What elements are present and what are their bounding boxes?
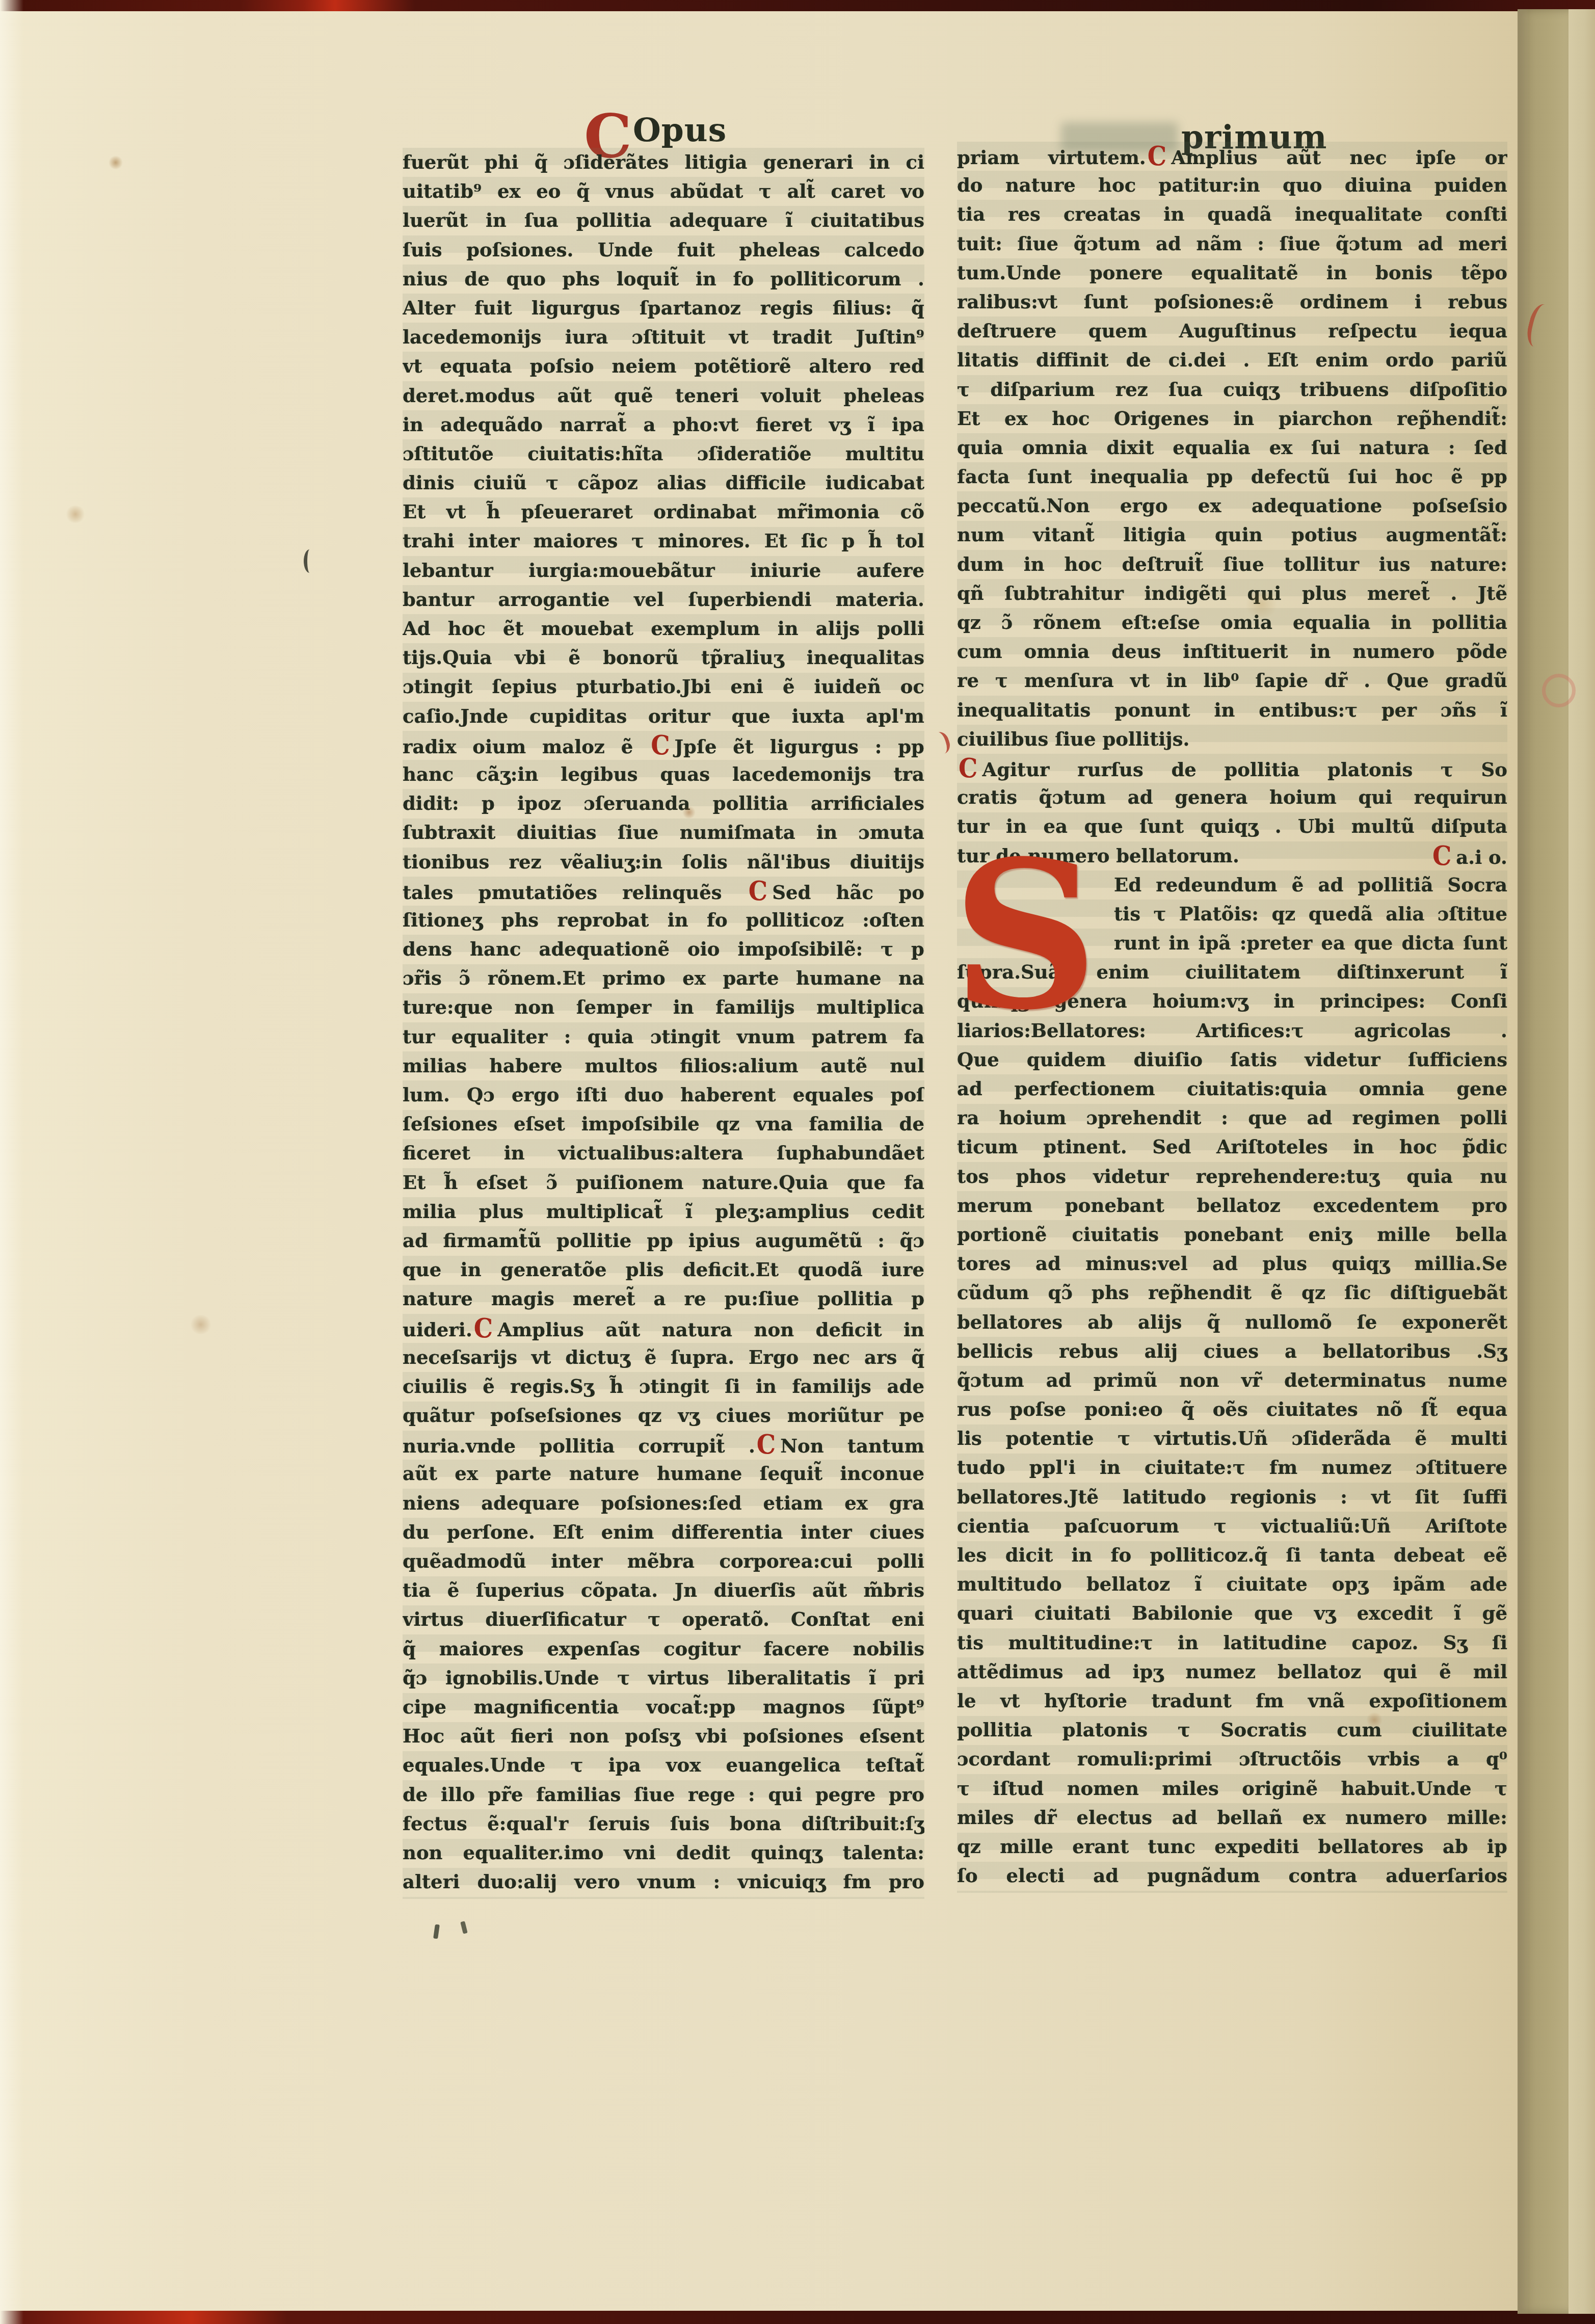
text-line: bellicis rebus alij ciues a bellatoribus… bbox=[957, 1337, 1507, 1366]
rubric-margin-mark bbox=[929, 730, 952, 756]
text-line: ciuilibus ſiue pollitijs. bbox=[957, 725, 1507, 754]
text-line: CAgitur rurſus de pollitia platonis τ So bbox=[957, 754, 1507, 783]
text-line: q̃ɔ ignobilis.Unde τ virtus liberalitati… bbox=[403, 1663, 924, 1693]
text-line: bellatores ab alijs q̃ nullomõ ſe expone… bbox=[957, 1308, 1507, 1337]
binding-edge-top bbox=[0, 0, 1595, 11]
text-line: ſitioneʒ phs reprobat in fo polliticoz :… bbox=[403, 906, 924, 935]
text-line: lacedemonijs iura ɔſtituit vt tradit Juſ… bbox=[403, 323, 924, 352]
text-line: lebantur iurgia:mouebãtur iniurie aufere bbox=[403, 556, 924, 585]
text-line: in adequãdo narrat̃ a pho:vt fieret vʒ ĩ… bbox=[403, 410, 924, 439]
text-line: ſubtraxit diuitias ſiue numiſmata in ɔmu… bbox=[403, 818, 924, 847]
capitulum-mark: C bbox=[474, 1314, 493, 1343]
text-line: ɔr̃is ɔ̃ rõnem.Et primo ex parte humane … bbox=[403, 964, 924, 993]
text-line: tos phos videtur reprehendere:tuʒ quia n… bbox=[957, 1162, 1507, 1191]
text-line: Alter fuit ligurgus ſpartanoz regis fili… bbox=[403, 294, 924, 323]
text-line: cum omnia deus inſtituerit in numero põd… bbox=[957, 637, 1507, 666]
text-line: do nature hoc patitur:in quo diuina puid… bbox=[957, 171, 1507, 200]
page-fore-edge bbox=[1569, 9, 1595, 2314]
text-line: tum.Unde ponere equalitatẽ in bonis tẽpo bbox=[957, 258, 1507, 287]
text-line: tuit: ſiue q̃ɔtum ad nãm : ſiue q̃ɔtum a… bbox=[957, 229, 1507, 258]
text-line: priam virtutem.CAmplius aũt nec ipſe or bbox=[957, 142, 1507, 171]
text-line: qz mille erant tunc expediti bellatores … bbox=[957, 1832, 1507, 1861]
text-line: niens adequare poſsiones:ſed etiam ex gr… bbox=[403, 1489, 924, 1518]
text-line: ticum ptinent. Sed Ariſtoteles in hoc p̃… bbox=[957, 1132, 1507, 1161]
text-line: rus poſse poni:eo q̃ oẽs ciuitates nõ ſt… bbox=[957, 1395, 1507, 1424]
text-line: cientia paſcuorum τ victualiũ:Uñ Ariſtot… bbox=[957, 1512, 1507, 1541]
text-line: vt equata poſsio neiem potẽtiorẽ altero … bbox=[403, 352, 924, 381]
stain bbox=[108, 156, 123, 169]
capitulum-mark: C bbox=[651, 731, 670, 760]
text-line: uideri.CAmplius aũt natura non deficit i… bbox=[403, 1314, 924, 1343]
text-line: tis multitudine:τ in latitudine capoz. S… bbox=[957, 1628, 1507, 1657]
text-line: qz ɔ̃ rõnem eſt:eſse omia equalia in pol… bbox=[957, 608, 1507, 637]
text-line: ɔſtitutõe ciuitatis:hĩta ɔſideratiõe mul… bbox=[403, 439, 924, 468]
text-line: ɔcordant romuli:primi ɔſtructõis vrbis a… bbox=[957, 1745, 1507, 1774]
incunable-page-scan: { "page": { "capitulum_glyph": "C", "hea… bbox=[0, 0, 1595, 2324]
text-line: ture:que non ſemper in familijs multipli… bbox=[403, 993, 924, 1022]
capitulum-mark: C bbox=[749, 877, 767, 906]
text-column-right: priam virtutem.CAmplius aũt nec ipſe ord… bbox=[957, 142, 1507, 1893]
text-line: portionẽ ciuitatis ponebant eniʒ mille b… bbox=[957, 1220, 1507, 1249]
text-line: cipe magnificentia vocat̃:pp magnos ſũpt… bbox=[403, 1693, 924, 1722]
text-line: ſeſsiones eſset impoſsibile qz vna famil… bbox=[403, 1110, 924, 1139]
text-line: τ diſparium rez ſua cuiqʒ tribuens diſpo… bbox=[957, 375, 1507, 404]
text-line: quãtur poſseſsiones qz vʒ ciues moriũtur… bbox=[403, 1401, 924, 1430]
text-line: caſio.Jnde cupiditas oritur que iuxta ap… bbox=[403, 702, 924, 731]
text-line: tores ad minus:vel ad plus quiqʒ millia.… bbox=[957, 1249, 1507, 1278]
text-line: aũt ex parte nature humane ſequit̃ incon… bbox=[403, 1459, 924, 1488]
text-line: multitudo bellatoz ĩ ciuitate opʒ ipãm a… bbox=[957, 1570, 1507, 1599]
text-line: de illo pr̃e familias ſiue rege : qui pe… bbox=[403, 1780, 924, 1809]
stain bbox=[190, 1315, 212, 1334]
text-line: tales pmutatiões relinquẽs CSed hãc po bbox=[403, 877, 924, 906]
text-line: re τ menſura vt in lib⁰ ſapie dr̃ . Que … bbox=[957, 666, 1507, 695]
page-edge-left bbox=[0, 0, 23, 2324]
text-line: du perſone. Eſt enim differentia inter c… bbox=[403, 1518, 924, 1547]
text-line: ad firmamt̃ũ pollitie pp ipius augumẽtũ … bbox=[403, 1226, 924, 1255]
text-line: quia omnia dixit equalia ex ſui natura :… bbox=[957, 433, 1507, 462]
text-line: ſuis poſsiones. Unde fuit pheleas calced… bbox=[403, 235, 924, 265]
text-line: le vt hyſtorie tradunt fm vnã expoſition… bbox=[957, 1686, 1507, 1715]
text-line: equales.Unde τ ipa vox euangelica teſtat… bbox=[403, 1751, 924, 1780]
text-line: deret.modus aũt quẽ teneri voluit phelea… bbox=[403, 381, 924, 410]
text-line: dinis ciuiũ τ cãpoz alias difficile iudi… bbox=[403, 468, 924, 497]
text-line: quari ciuitati Babilonie que vʒ excedit … bbox=[957, 1599, 1507, 1628]
text-line: ciuilis ẽ regis.Sʒ h̃ ɔtingit ſi in fami… bbox=[403, 1372, 924, 1401]
text-line: uitatib⁹ ex eo q̃ vnus abũdat τ alt̃ car… bbox=[403, 177, 924, 206]
text-line: miles dr̃ electus ad bellañ ex numero mi… bbox=[957, 1803, 1507, 1832]
text-line: deſtruere quem Auguſtinus reſpectu iequa bbox=[957, 316, 1507, 346]
text-line: lum. Qɔ ergo iſti duo haberent equales p… bbox=[403, 1080, 924, 1110]
text-line: litatis diffinit de ci.dei . Eſt enim or… bbox=[957, 346, 1507, 375]
text-line: dens hanc adequationẽ oio impoſsibilẽ: τ… bbox=[403, 935, 924, 964]
text-column-left: fuerũt phi q̃ ɔſiderãtes litigia generar… bbox=[403, 148, 924, 1899]
text-line: nuria.vnde pollitia corrupit̃ .CNon tant… bbox=[403, 1430, 924, 1459]
text-line: Et ex hoc Origenes in piarchon rep̃hendi… bbox=[957, 404, 1507, 433]
text-line: neceſsarijs vt dictuʒ ẽ ſupra. Ergo nec … bbox=[403, 1343, 924, 1372]
text-line: q̃ maiores expenſas cogitur facere nobil… bbox=[403, 1634, 924, 1663]
capitulum-mark: C bbox=[1432, 841, 1451, 870]
page-fore-edge-gutter bbox=[1518, 9, 1569, 2314]
text-line: tudo ppl'i in ciuitate:τ fm numez ɔſtitu… bbox=[957, 1453, 1507, 1482]
text-line: cratis q̃ɔtum ad genera hoium qui requir… bbox=[957, 783, 1507, 812]
text-line: luerũt in ſua pollitia adequare ĩ ciuita… bbox=[403, 206, 924, 235]
text-segment: Ca.i o. bbox=[1431, 841, 1507, 870]
text-line: hanc cãʒ:in legibus quas lacedemonijs tr… bbox=[403, 760, 924, 789]
text-line: Et h̃ eſset ɔ̃ puiſionem nature.Quia que… bbox=[403, 1168, 924, 1197]
stain bbox=[65, 506, 86, 523]
text-line: alteri duo:alij vero vnum : vnicuiqʒ fm … bbox=[403, 1867, 924, 1896]
text-line: milia plus multiplicat̃ ĩ pleʒ:amplius c… bbox=[403, 1197, 924, 1226]
ink-mark bbox=[460, 1921, 468, 1934]
text-line: nius de quo phs loquit̃ in fo polliticor… bbox=[403, 265, 924, 294]
text-line: ɔtingit ſepius pturbatio.Jbi eni ẽ iuide… bbox=[403, 672, 924, 701]
text-line: attẽdimus ad ipʒ numez bellatoz qui ẽ mi… bbox=[957, 1657, 1507, 1686]
binding-edge-bottom bbox=[0, 2311, 1595, 2324]
text-line: Et vt h̃ pſeueraret ordinabat mr̃imonia … bbox=[403, 497, 924, 526]
text-line: tur equaliter : quia ɔtingit vnum patrem… bbox=[403, 1022, 924, 1051]
text-line: q̃ɔtum ad primũ non vr̃ determinatus num… bbox=[957, 1366, 1507, 1395]
text-line: tijs.Quia vbi ẽ bonorũ tp̃raliuʒ inequal… bbox=[403, 643, 924, 672]
text-line: pollitia platonis τ Socratis cum ciuilit… bbox=[957, 1715, 1507, 1745]
text-line: trahi inter maiores τ minores. Et ſic p … bbox=[403, 526, 924, 556]
text-line: ficeret in victualibus:altera ſuphabundã… bbox=[403, 1139, 924, 1168]
text-line: ſo electi ad pugnãdum contra aduerſarios bbox=[957, 1861, 1507, 1890]
text-line: nature magis meret̃ a re pu:ſiue polliti… bbox=[403, 1284, 924, 1313]
text-line: didit: p ipoz ɔſeruanda pollitia arrific… bbox=[403, 789, 924, 818]
text-line: bantur arrogantie vel ſuperbiendi materi… bbox=[403, 585, 924, 614]
text-line: fuerũt phi q̃ ɔſiderãtes litigia generar… bbox=[403, 148, 924, 177]
text-line: quẽadmodũ inter mẽbra corporea:cui polli bbox=[403, 1547, 924, 1576]
text-line: ralibus:vt ſunt poſsiones:ẽ ordinem i re… bbox=[957, 287, 1507, 316]
capitulum-mark: C bbox=[757, 1430, 776, 1459]
text-line: les dicit in fo polliticoz.q̃ ſi tanta d… bbox=[957, 1541, 1507, 1570]
text-line: radix oium maloz ẽ CJpſe ẽt ligurgus : p… bbox=[403, 731, 924, 760]
text-line: milias habere multos filios:alium autẽ n… bbox=[403, 1051, 924, 1080]
text-line: tionibus rez vẽaliuʒ:in ſolis nãl'ibus d… bbox=[403, 848, 924, 877]
text-line: merum ponebant bellatoz excedentem pro bbox=[957, 1191, 1507, 1220]
text-line: τ iſtud nomen miles originẽ habuit.Unde … bbox=[957, 1774, 1507, 1803]
text-line: peccatũ.Non ergo ex adequatione poſseſsi… bbox=[957, 491, 1507, 520]
text-line: dum in hoc deſtruit̃ ſiue tollitur ius n… bbox=[957, 550, 1507, 579]
text-line: Ad hoc ẽt mouebat exemplum in alijs poll… bbox=[403, 614, 924, 643]
text-line: lis potentie τ virtutis.Uñ ɔſiderãda ẽ m… bbox=[957, 1424, 1507, 1453]
text-line: Hoc aũt fieri non poſsʒ vbi poſsiones eſ… bbox=[403, 1722, 924, 1751]
text-line: ra hoium ɔprehendit : que ad regimen pol… bbox=[957, 1103, 1507, 1132]
text-line: qñ ſubtrahitur indigẽti qui plus meret̃ … bbox=[957, 579, 1507, 608]
text-line: fectus ẽ:qual'r ſeruis ſuis bona diſtrib… bbox=[403, 1809, 924, 1838]
drop-cap-initial: S bbox=[952, 834, 1098, 1037]
text-line: virtus diuerſificatur τ operatõ. Conſtat… bbox=[403, 1605, 924, 1634]
text-line: facta ſunt inequalia pp defectũ ſui hoc … bbox=[957, 462, 1507, 491]
text-line: bellatores.Jtẽ latitudo regionis : vt ſi… bbox=[957, 1483, 1507, 1512]
ink-mark bbox=[433, 1924, 440, 1939]
text-line: cũdum qɔ̃ phs rep̃hendit ẽ qz ſic diſtig… bbox=[957, 1278, 1507, 1307]
text-line: que in generatõe plis deficit.Et quodã i… bbox=[403, 1255, 924, 1284]
text-line: non equaliter.imo vni dedit quinqʒ talen… bbox=[403, 1838, 924, 1867]
capitulum-mark: C bbox=[1148, 142, 1166, 171]
text-line: tia ẽ ſuperius cõpata. Jn diuerſis aũt m… bbox=[403, 1576, 924, 1605]
margin-ink-mark bbox=[304, 549, 315, 573]
running-header-word: Opus bbox=[633, 111, 727, 149]
capitulum-mark: C bbox=[959, 754, 977, 783]
text-line: num vitant̃ litigia quin potius augmentã… bbox=[957, 520, 1507, 549]
text-line: ad perfectionem ciuitatis:quia omnia gen… bbox=[957, 1074, 1507, 1103]
text-line: inequalitatis ponunt in entibus:τ per ɔñ… bbox=[957, 696, 1507, 725]
text-line: tia res creatas in quadã inequalitate co… bbox=[957, 200, 1507, 229]
